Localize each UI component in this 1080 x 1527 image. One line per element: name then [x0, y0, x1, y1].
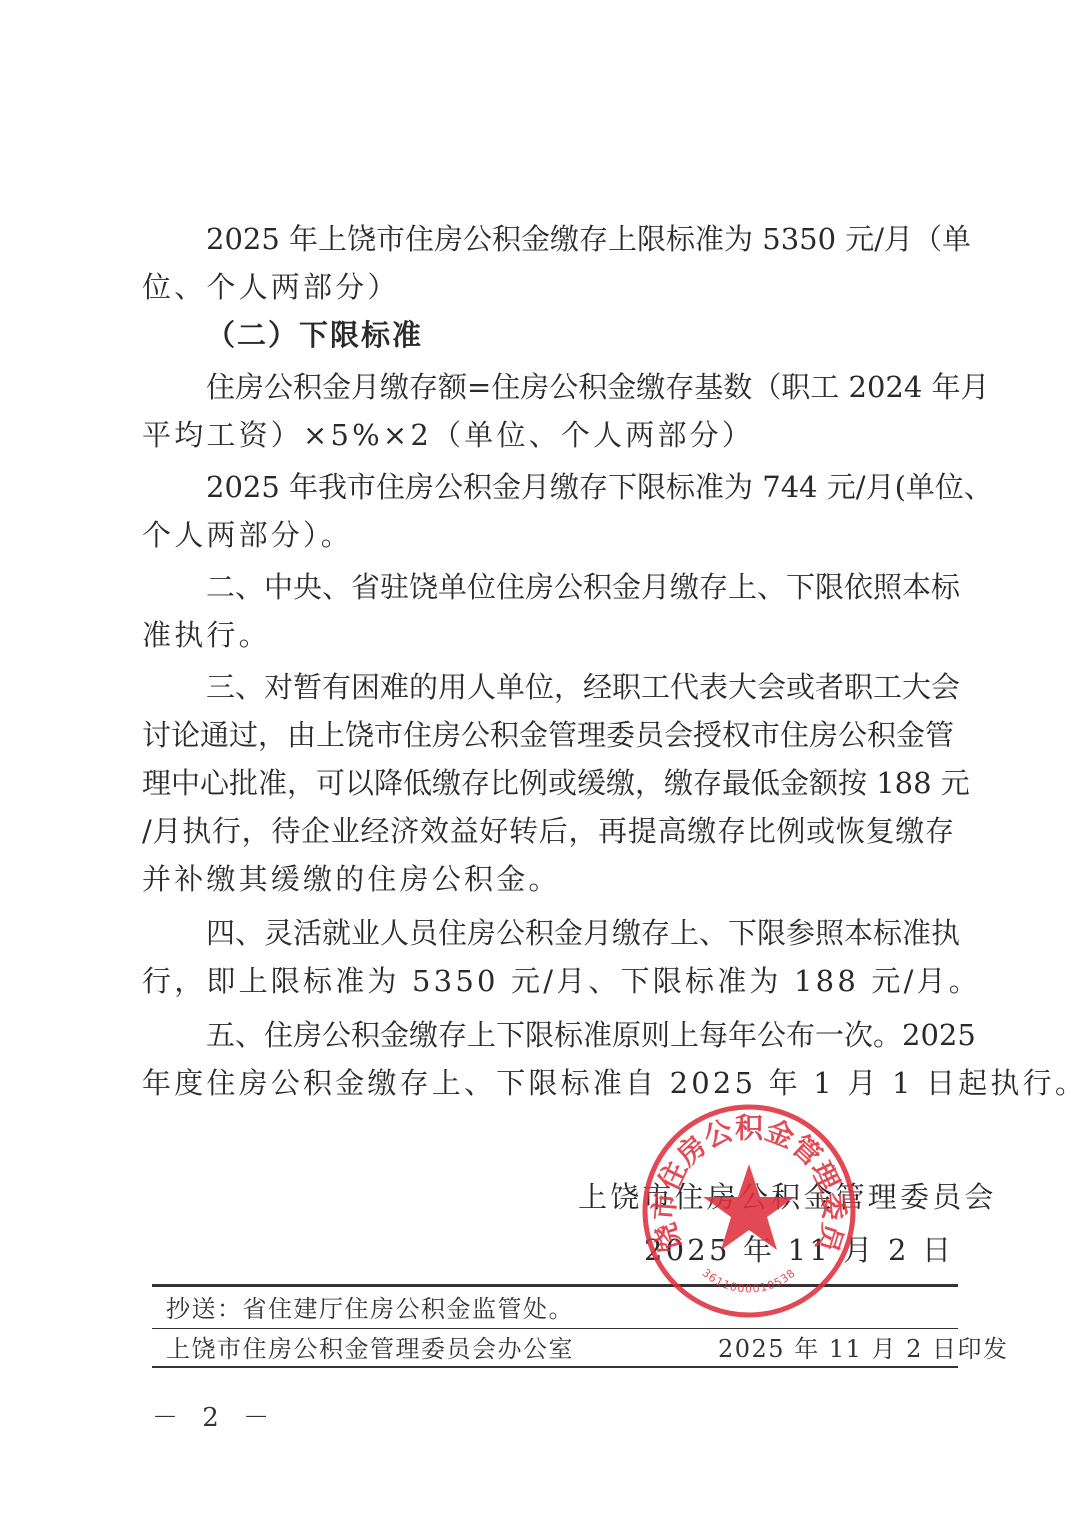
body-text-line: 讨论通过，由上饶市住房公积金管理委员会授权市住房公积金管: [142, 718, 954, 752]
body-text-line: 五、住房公积金缴存上下限标准原则上每年公布一次。2025: [206, 1018, 954, 1052]
section-heading: （二）下限标准: [206, 318, 954, 352]
issue-date: 2025 年 11 月 2 日: [644, 1233, 954, 1267]
body-text-line: 年度住房公积金缴存上、下限标准自 2025 年 1 月 1 日起执行。: [142, 1066, 954, 1100]
body-text-line: 理中心批准，可以降低缴存比例或缓缴，缴存最低金额按 188 元: [142, 766, 954, 800]
issuer-signature: 上饶市住房公积金管理委员会: [578, 1180, 997, 1214]
body-text-line: 位、个人两部分）: [142, 270, 954, 304]
body-text-line: 准执行。: [142, 618, 954, 652]
body-text-line: 2025 年我市住房公积金月缴存下限标准为 744 元/月(单位、: [206, 470, 954, 504]
body-text-line: 个人两部分）。: [142, 518, 954, 552]
body-text-line: 四、灵活就业人员住房公积金月缴存上、下限参照本标准执: [206, 916, 954, 950]
footer-mid-rule: [152, 1328, 958, 1329]
print-date: 2025 年 11 月 2 日印发: [718, 1334, 1009, 1364]
body-text-line: /月执行，待企业经济效益好转后，再提高缴存比例或恢复缴存: [142, 814, 954, 848]
body-text-line: 三、对暂有困难的用人单位，经职工代表大会或者职工大会: [206, 670, 954, 704]
footer-bottom-rule: [152, 1366, 958, 1368]
body-text-line: 二、中央、省驻饶单位住房公积金月缴存上、下限依照本标: [206, 570, 954, 604]
svg-text:3611000010538: 3611000010538: [700, 1266, 799, 1295]
body-text-line: 并补缴其缓缴的住房公积金。: [142, 862, 954, 896]
cc-line: 抄送：省住建厅住房公积金监管处。: [166, 1294, 574, 1324]
footer-top-rule: [152, 1284, 958, 1287]
body-text-line: 行，即上限标准为 5350 元/月、下限标准为 188 元/月。: [142, 964, 954, 998]
body-text-line: 2025 年上饶市住房公积金缴存上限标准为 5350 元/月（单: [206, 222, 954, 256]
page-number: － 2 －: [152, 1397, 277, 1434]
body-text-line: 平均工资）×5%×2（单位、个人两部分）: [142, 418, 954, 452]
body-text-line: 住房公积金月缴存额=住房公积金缴存基数（职工 2024 年月: [206, 370, 954, 404]
issuing-office: 上饶市住房公积金管理委员会办公室: [166, 1334, 574, 1364]
